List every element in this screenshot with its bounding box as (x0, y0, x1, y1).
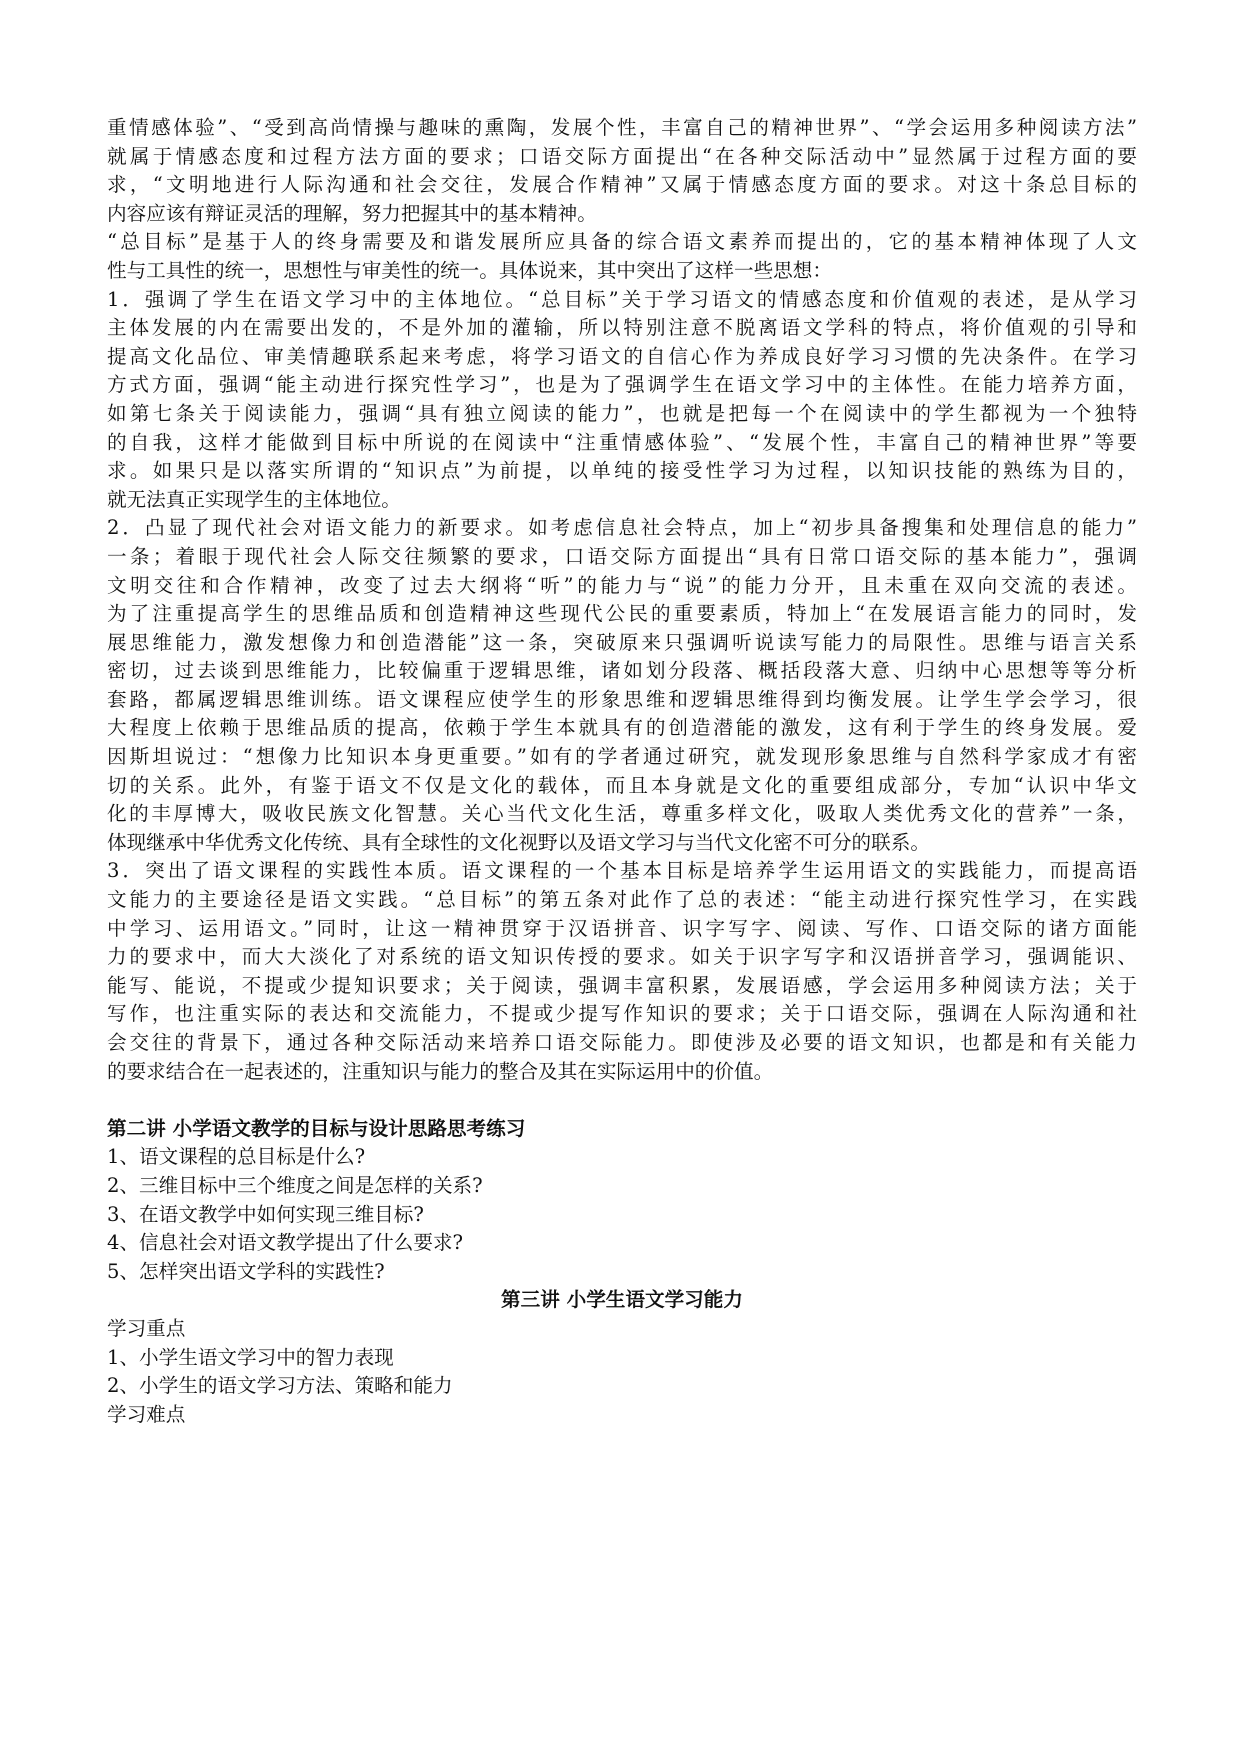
text-line: 的要求结合在一起表述的，注重知识与能力的整合及其在实际运用中的价值。 (107, 1058, 1137, 1087)
text-line: 性与工具性的统一，思想性与审美性的统一。具体说来，其中突出了这样一些思想： (107, 257, 1137, 286)
text-line: 重情感体验”、“受到高尚情操与趣味的熏陶，发展个性，丰富自己的精神世界”、“学会… (107, 114, 1137, 143)
text-line: 大程度上依赖于思维品质的提高，依赖于学生本就具有的创造潜能的激发，这有利于学生的… (107, 714, 1137, 743)
question-item: 1、语文课程的总目标是什么? (107, 1143, 1137, 1172)
text-line: 就无法真正实现学生的主体地位。 (107, 486, 1137, 515)
text-line: 就属于情感态度和过程方法方面的要求；口语交际方面提出“在各种交际活动中”显然属于… (107, 143, 1137, 172)
lecture-2-section: 第二讲 小学语文教学的目标与设计思路思考练习 1、语文课程的总目标是什么? 2、… (107, 1115, 1137, 1287)
question-item: 3、在语文教学中如何实现三维目标? (107, 1201, 1137, 1230)
point-2-paragraph: 2．凸显了现代社会对语文能力的新要求。如考虑信息社会特点，加上“初步具备搜集和处… (107, 514, 1137, 857)
text-line: 求。如果只是以落实所谓的“知识点”为前提，以单纯的接受性学习为过程，以知识技能的… (107, 457, 1137, 486)
difficult-points-label: 学习难点 (107, 1401, 1137, 1430)
text-line: 中学习、运用语文。”同时，让这一精神贯穿于汉语拼音、识字写字、阅读、写作、口语交… (107, 915, 1137, 944)
text-line: 3．突出了语文课程的实践性本质。语文课程的一个基本目标是培养学生运用语文的实践能… (107, 857, 1137, 886)
text-line: 会交往的背景下，通过各种交际活动来培养口语交际能力。即使涉及必要的语文知识，也都… (107, 1029, 1137, 1058)
text-line: 密切，过去谈到思维能力，比较偏重于逻辑思维，诸如划分段落、概括段落大意、归纳中心… (107, 657, 1137, 686)
text-line: 主体发展的内在需要出发的，不是外加的灌输，所以特别注意不脱离语文学科的特点，将价… (107, 314, 1137, 343)
key-point-item: 1、小学生语文学习中的智力表现 (107, 1344, 1137, 1373)
document-page: 重情感体验”、“受到高尚情操与趣味的熏陶，发展个性，丰富自己的精神世界”、“学会… (0, 0, 1241, 1754)
text-line: 的自我，这样才能做到目标中所说的在阅读中“注重情感体验”、“发展个性，丰富自己的… (107, 429, 1137, 458)
text-line: 体现继承中华优秀文化传统、具有全球性的文化视野以及语文学习与当代文化密不可分的联… (107, 829, 1137, 858)
point-3-paragraph: 3．突出了语文课程的实践性本质。语文课程的一个基本目标是培养学生运用语文的实践能… (107, 857, 1137, 1086)
text-line: 化的丰厚博大，吸收民族文化智慧。关心当代文化生活，尊重多样文化，吸取人类优秀文化… (107, 800, 1137, 829)
lecture-3-title: 第三讲 小学生语文学习能力 (107, 1286, 1137, 1315)
text-line: 因斯坦说过：“想像力比知识本身更重要。”如有的学者通过研究，就发现形象思维与自然… (107, 743, 1137, 772)
lecture-2-title: 第二讲 小学语文教学的目标与设计思路思考练习 (107, 1115, 1137, 1144)
text-line: 力的要求中，而大大淡化了对系统的语文知识传授的要求。如关于识字写字和汉语拼音学习… (107, 943, 1137, 972)
text-line: 套路，都属逻辑思维训练。语文课程应使学生的形象思维和逻辑思维得到均衡发展。让学生… (107, 686, 1137, 715)
key-points-label: 学习重点 (107, 1315, 1137, 1344)
question-item: 2、三维目标中三个维度之间是怎样的关系? (107, 1172, 1137, 1201)
question-item: 5、怎样突出语文学科的实践性? (107, 1258, 1137, 1287)
text-line: 文明交往和合作精神，改变了过去大纲将“听”的能力与“说”的能力分开，且未重在双向… (107, 572, 1137, 601)
text-line: 方式方面，强调“能主动进行探究性学习”，也是为了强调学生在语文学习中的主体性。在… (107, 371, 1137, 400)
document-body: 重情感体验”、“受到高尚情操与趣味的熏陶，发展个性，丰富自己的精神世界”、“学会… (107, 114, 1137, 1429)
question-item: 4、信息社会对语文教学提出了什么要求? (107, 1229, 1137, 1258)
summary-paragraph: “总目标”是基于人的终身需要及和谐发展所应具备的综合语文素养而提出的，它的基本精… (107, 228, 1137, 285)
text-line: 内容应该有辩证灵活的理解，努力把握其中的基本精神。 (107, 200, 1137, 229)
text-line: “总目标”是基于人的终身需要及和谐发展所应具备的综合语文素养而提出的，它的基本精… (107, 228, 1137, 257)
blank-line (107, 1086, 1137, 1115)
text-line: 提高文化品位、审美情趣联系起来考虑，将学习语文的自信心作为养成良好学习习惯的先决… (107, 343, 1137, 372)
text-line: 2．凸显了现代社会对语文能力的新要求。如考虑信息社会特点，加上“初步具备搜集和处… (107, 514, 1137, 543)
text-line: 为了注重提高学生的思维品质和创造精神这些现代公民的重要素质，特加上“在发展语言能… (107, 600, 1137, 629)
text-line: 求，“文明地进行人际沟通和社会交往，发展合作精神”又属于情感态度方面的要求。对这… (107, 171, 1137, 200)
text-line: 写作，也注重实际的表达和交流能力，不提或少提写作知识的要求；关于口语交际，强调在… (107, 1000, 1137, 1029)
text-line: 切的关系。此外，有鉴于语文不仅是文化的载体，而且本身就是文化的重要组成部分，专加… (107, 772, 1137, 801)
text-line: 展思维能力，激发想像力和创造潜能”这一条，突破原来只强调听说读写能力的局限性。思… (107, 629, 1137, 658)
text-line: 1．强调了学生在语文学习中的主体地位。“总目标”关于学习语文的情感态度和价值观的… (107, 286, 1137, 315)
text-line: 如第七条关于阅读能力，强调“具有独立阅读的能力”，也就是把每一个在阅读中的学生都… (107, 400, 1137, 429)
text-line: 能写、能说，不提或少提知识要求；关于阅读，强调丰富积累，发展语感，学会运用多种阅… (107, 972, 1137, 1001)
intro-paragraph: 重情感体验”、“受到高尚情操与趣味的熏陶，发展个性，丰富自己的精神世界”、“学会… (107, 114, 1137, 228)
text-line: 一条；着眼于现代社会人际交往频繁的要求，口语交际方面提出“具有日常口语交际的基本… (107, 543, 1137, 572)
point-1-paragraph: 1．强调了学生在语文学习中的主体地位。“总目标”关于学习语文的情感态度和价值观的… (107, 286, 1137, 515)
lecture-3-section: 第三讲 小学生语文学习能力 学习重点 1、小学生语文学习中的智力表现 2、小学生… (107, 1286, 1137, 1429)
text-line: 文能力的主要途径是语文实践。“总目标”的第五条对此作了总的表述：“能主动进行探究… (107, 886, 1137, 915)
key-point-item: 2、小学生的语文学习方法、策略和能力 (107, 1372, 1137, 1401)
